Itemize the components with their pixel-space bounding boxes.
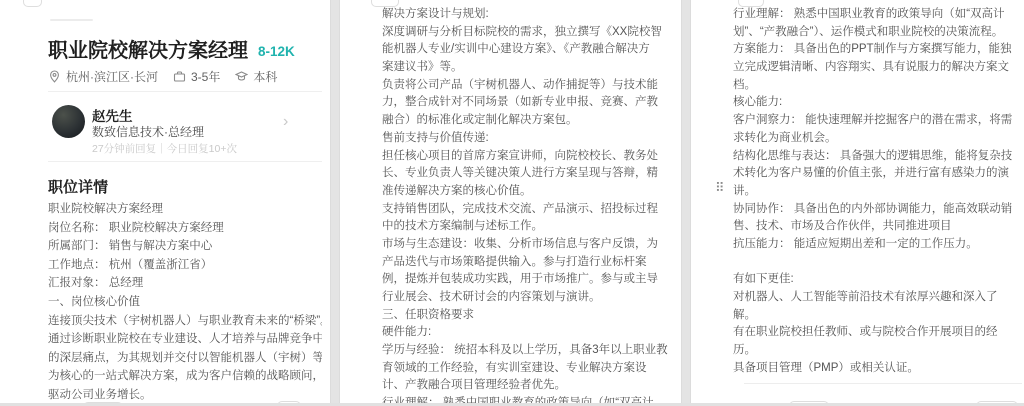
description-line: 长、专业负责人等关键决策人进行方案呈现与答辩，精 xyxy=(382,165,669,183)
description-line: 深度调研与分析目标院校的需求，独立撰写《XX院校智 xyxy=(382,24,669,42)
description-line xyxy=(733,254,1014,272)
divider xyxy=(744,383,1022,384)
cutoff-element-fragment xyxy=(23,0,42,7)
description-line: 计、产教融合项目管理经验者优先。 xyxy=(382,377,669,395)
description-line: 解。 xyxy=(733,307,1014,325)
description-line: 硬件能力: xyxy=(382,324,669,342)
description-line: 售前支持与价值传递: xyxy=(382,130,669,148)
description-line: 协同协作： 具备出色的内外部协调能力，能高效联动销 xyxy=(733,201,1014,219)
description-line: 求转化为商业机会。 xyxy=(733,130,1014,148)
description-line: 中的技术方案编制与述标工作。 xyxy=(382,218,669,236)
recruiter-role: 数致信息技术·总经理 xyxy=(92,123,204,140)
description-line: 方案能力： 具备出色的PPT制作与方案撰写能力，能独 xyxy=(733,41,1014,59)
location-label: 杭州·滨江区·长河 xyxy=(66,68,158,85)
chevron-right-icon[interactable]: › xyxy=(283,114,288,130)
description-line: 所属部门： 销售与解决方案中心 xyxy=(48,237,322,256)
description-line: 汇报对象： 总经理 xyxy=(48,274,322,293)
description-line: 例，提炼并包装成功实践，用于市场推广。参与或主导 xyxy=(382,271,669,289)
description-line: 行业展会、技术研讨会的内容策划与演讲。 xyxy=(382,289,669,307)
location-pin-icon xyxy=(48,70,61,83)
job-title: 职业院校解决方案经理 xyxy=(48,40,248,62)
description-line: 支持销售团队，完成技术交流、产品演示、招投标过程 xyxy=(382,201,669,219)
description-line: 核心能力: xyxy=(733,94,1014,112)
description-line: 学历与经验： 统招本科及以上学历，具备3年以上职业教 xyxy=(382,342,669,360)
description-line: 一、岗位核心价值 xyxy=(48,293,322,312)
experience-item: 3-5年 xyxy=(173,68,220,85)
recruiter-name: 赵先生 xyxy=(92,105,133,125)
description-line: 产品迭代与市场策略提供输入。参与打造行业标杆案 xyxy=(382,254,669,272)
description-line: 岗位名称： 职业院校解决方案经理 xyxy=(48,219,322,238)
description-line: 售、技术、市场及合作伙伴，共同推进项目 xyxy=(733,218,1014,236)
description-line: 通过诊断职业院校在专业建设、人才培养与品牌竞争中 xyxy=(48,330,322,349)
description-line: 客户洞察力： 能快速理解并挖掘客户的潜在需求，将需 xyxy=(733,112,1014,130)
description-line: 具备项目管理（PMP）或相关认证。 xyxy=(733,360,1014,378)
graduation-cap-icon xyxy=(235,70,248,83)
description-line: 历。 xyxy=(733,342,1014,360)
description-line: 力，整合成针对不同场景（如新专业申报、竞赛、产教 xyxy=(382,94,669,112)
description-line: 结构化思维与表达： 具备强大的逻辑思维，能将复杂技 xyxy=(733,148,1014,166)
description-line: 担任核心项目的首席方案宣讲师，向院校校长、教务处 xyxy=(382,148,669,166)
description-column-2: 解决方案设计与规划:深度调研与分析目标院校的需求，独立撰写《XX院校智能机器人专… xyxy=(382,6,669,406)
education-item: 本科 xyxy=(235,68,277,85)
description-line: 的深层痛点，为其规划并交付以智能机器人（宇树）等 xyxy=(48,349,322,368)
description-line: 档。 xyxy=(733,77,1014,95)
job-detail-page: 职业院校解决方案经理 8-12K 杭州·滨江区·长河 3-5年 xyxy=(0,0,1024,406)
description-line: 案建议书》等。 xyxy=(382,59,669,77)
description-line: 三、任职资格要求 xyxy=(382,307,669,325)
description-line: 划”、“产教融合”）、运作模式和职业院校的决策流程。 xyxy=(733,24,1014,42)
drag-handle-icon[interactable]: ⠿ xyxy=(715,182,725,196)
experience-label: 3-5年 xyxy=(191,68,220,85)
description-line: 负责将公司产品（宇树机器人、动作捕捉等）与技术能 xyxy=(382,77,669,95)
description-line: 连接顶尖技术（宇树机器人）与职业教育未来的“桥梁”。 xyxy=(48,312,322,331)
section-title: 职位详情 xyxy=(48,176,108,197)
recruiter-card[interactable]: 赵先生 数致信息技术·总经理 27分钟前回复｜今日回复10+次 › xyxy=(0,100,330,160)
education-label: 本科 xyxy=(253,68,277,85)
avatar xyxy=(52,105,85,138)
panel-left: 职业院校解决方案经理 8-12K 杭州·滨江区·长河 3-5年 xyxy=(0,0,331,406)
panel-right: ⠿ 行业理解： 熟悉中国职业教育的政策导向（如“双高计划”、“产教融合”）、运作… xyxy=(690,0,1024,406)
description-line: 对机器人、人工智能等前沿技术有浓厚兴趣和深入了 xyxy=(733,289,1014,307)
description-line: 解决方案设计与规划: xyxy=(382,6,669,24)
description-line: 抗压能力： 能适应短期出差和一定的工作压力。 xyxy=(733,236,1014,254)
description-line: 为核心的一站式解决方案，成为客户信赖的战略顾问， xyxy=(48,367,322,386)
divider xyxy=(48,161,322,162)
briefcase-icon xyxy=(173,70,186,83)
description-line: 有如下更佳: xyxy=(733,271,1014,289)
description-line: 能机器人专业/实训中心建设方案》、《产教融合解决方 xyxy=(382,41,669,59)
location-item: 杭州·滨江区·长河 xyxy=(48,68,158,85)
description-line: 职业院校解决方案经理 xyxy=(48,200,322,219)
description-line: 准传递解决方案的核心价值。 xyxy=(382,183,669,201)
description-line: 市场与生态建设：收集、分析市场信息与客户反馈，为 xyxy=(382,236,669,254)
description-column-3: 行业理解： 熟悉中国职业教育的政策导向（如“双高计划”、“产教融合”）、运作模式… xyxy=(733,6,1014,377)
description-line: 育领域的工作经验，有实训室建设、专业解决方案设 xyxy=(382,360,669,378)
recruiter-activity-status: 27分钟前回复｜今日回复10+次 xyxy=(92,141,237,156)
panel-middle: 解决方案设计与规划:深度调研与分析目标院校的需求，独立撰写《XX院校智能机器人专… xyxy=(339,0,682,406)
description-line: 融合）的标准化或定制化解决方案包。 xyxy=(382,112,669,130)
job-meta-row: 杭州·滨江区·长河 3-5年 本科 xyxy=(48,68,277,85)
description-line: 有在职业院校担任教师、或与院校合作开展项目的经 xyxy=(733,324,1014,342)
cutoff-line-fragment xyxy=(50,19,93,21)
description-line: 立完成逻辑清晰、内容翔实、具有说服力的解决方案文 xyxy=(733,59,1014,77)
description-column-1: 职业院校解决方案经理岗位名称： 职业院校解决方案经理所属部门： 销售与解决方案中… xyxy=(48,200,322,405)
description-line: 行业理解： 熟悉中国职业教育的政策导向（如“双高计 xyxy=(733,6,1014,24)
description-line: 工作地点： 杭州（覆盖浙江省） xyxy=(48,256,322,275)
description-line: 术转化为客户易懂的价值主张，并进行富有感染力的演 xyxy=(733,165,1014,183)
salary-range: 8-12K xyxy=(258,44,295,59)
description-line: 讲。 xyxy=(733,183,1014,201)
divider xyxy=(48,91,322,92)
